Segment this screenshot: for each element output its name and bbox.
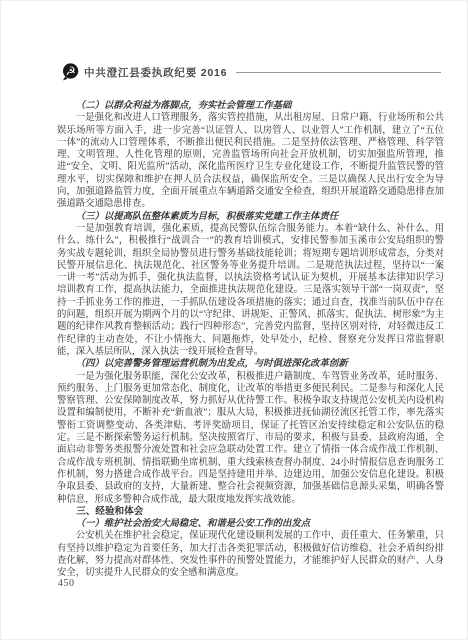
page-body: （二）以群众利益为落脚点，夯实社会管理工作基础 一是强化和改进人口管理服务，落实… bbox=[57, 100, 444, 580]
page-number: 450 bbox=[58, 578, 75, 589]
subheading-3: （三）以提高队伍整体素质为目标，积极落实党建工作主体责任 bbox=[57, 211, 444, 223]
svg-text:☭: ☭ bbox=[65, 64, 75, 78]
paragraph: 一是加强教育培训，强化素质，提高民警队伍综合服务能力。本着“缺什么、补什么、用什… bbox=[57, 223, 444, 358]
paragraph: 一是为强化服务职能，深化公安改革，积极推进户籍制度、车驾管业务改革，延时服务、预… bbox=[57, 371, 444, 506]
page-header: ☭ 中共澄江县委执政纪要 2016 bbox=[62, 63, 441, 81]
header-rule bbox=[236, 72, 441, 73]
party-emblem-icon: ☭ bbox=[62, 63, 79, 81]
subheading-1: （一）维护社会治安大局稳定、和谐是公安工作的出发点 bbox=[57, 518, 444, 530]
subheading-4: （四）以完善警务管理运营机制为出发点，与时俱进深化改革创新 bbox=[57, 358, 444, 370]
paragraph: 公安机关在维护社会稳定，保证现代化建设顺利发展的工作中，责任重大、任务繁重，只有… bbox=[57, 530, 444, 579]
paragraph: 一是强化和改进人口管理服务，落实管控措施，从出租房屋、日常户籍、行业场所和公共娱… bbox=[57, 112, 444, 210]
document-page: ☭ 中共澄江县委执政纪要 2016 （二）以群众利益为落脚点，夯实社会管理工作基… bbox=[0, 0, 468, 640]
subheading-2: （二）以群众利益为落脚点，夯实社会管理工作基础 bbox=[57, 100, 444, 112]
section-heading-3: 三、经验和体会 bbox=[57, 506, 444, 518]
book-title: 中共澄江县委执政纪要 2016 bbox=[84, 65, 227, 80]
